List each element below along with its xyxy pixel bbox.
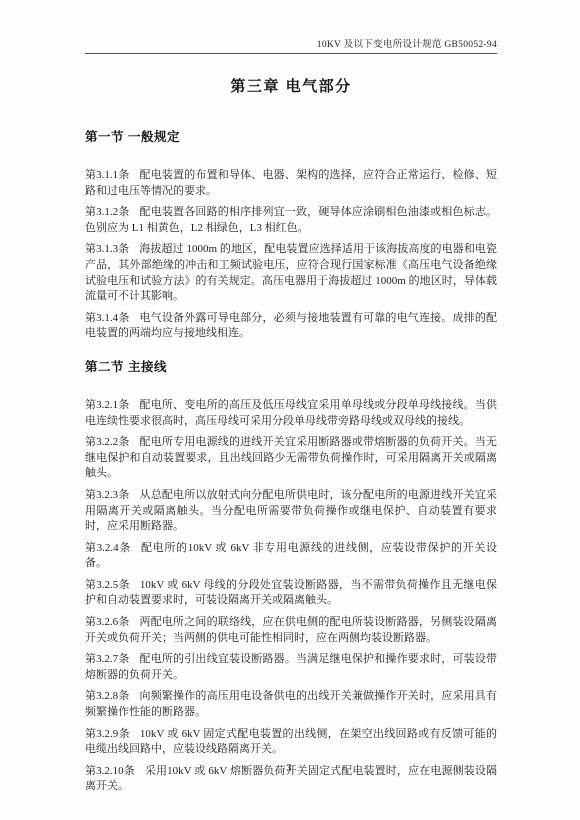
section-heading: 第一节 一般规定 <box>85 127 497 145</box>
article-label: 第3.2.6条 <box>85 616 140 628</box>
page-header: 10KV 及以下变电所设计规范 GB50052-94 <box>85 36 497 54</box>
article-label: 第3.2.1条 <box>85 399 140 411</box>
article-label: 第3.1.1条 <box>85 169 140 181</box>
article-paragraph: 第3.2.8条向频繁操作的高压用电设备供电的出线开关兼做操作开关时，应采用具有频… <box>85 689 497 720</box>
article-label: 第3.1.2条 <box>85 206 140 218</box>
article-paragraph: 第3.1.3条海拔超过 1000m 的地区，配电装置应选择适用于该海拔高度的电器… <box>85 242 497 304</box>
running-head: 10KV 及以下变电所设计规范 GB50052-94 <box>85 36 497 53</box>
article-paragraph: 第3.2.4条配电所的10kV 或 6kV 非专用电源线的进线侧，应装设带保护的… <box>85 541 497 572</box>
section: 第二节 主接线 第3.2.1条配电所、变电所的高压及低压母线宜采用单母线或分段单… <box>85 357 497 795</box>
article-text: 两配电所之间的联络线，应在供电侧的配电所装设断路器，另侧装设隔离开关或负荷开关；… <box>85 616 497 644</box>
article-label: 第3.2.9条 <box>85 728 140 740</box>
article-text: 从总配电所以放射式向分配电所供电时，该分配电所的电源进线开关宜采用隔离开关或隔离… <box>85 489 497 532</box>
article-label: 第3.2.5条 <box>85 579 140 591</box>
sections-container: 第一节 一般规定 第3.1.1条配电装置的布置和导体、电器、架构的选择，应符合正… <box>85 127 497 795</box>
article-text: 向频繁操作的高压用电设备供电的出线开关兼做操作开关时，应采用具有频繁操作性能的断… <box>85 690 497 718</box>
article-paragraph: 第3.2.7条配电所的引出线宜装设断路器。当满足继电保护和操作要求时，可装设带熔… <box>85 652 497 683</box>
article-paragraph: 第3.1.2条配电装置各回路的相序排列宜一致，硬导体应涂刷相色油漆或相色标志。色… <box>85 205 497 236</box>
section-heading: 第二节 主接线 <box>85 357 497 375</box>
article-paragraph: 第3.2.2条配电所专用电源线的进线开关宜采用断路器或带熔断器的负荷开关。当无继… <box>85 435 497 482</box>
article-text: 配电所专用电源线的进线开关宜采用断路器或带熔断器的负荷开关。当无继电保护和自动装… <box>85 436 497 479</box>
article-label: 第3.2.7条 <box>85 653 140 665</box>
article-text: 10kV 或 6kV 固定式配电装置的出线侧，在架空出线回路或有反馈可能的电缆出… <box>85 728 497 756</box>
section: 第一节 一般规定 第3.1.1条配电装置的布置和导体、电器、架构的选择，应符合正… <box>85 127 497 342</box>
article-text: 海拔超过 1000m 的地区，配电装置应选择适用于该海拔高度的电器和电瓷产品，其… <box>85 243 497 302</box>
article-text: 配电所、变电所的高压及低压母线宜采用单母线或分段单母线接线。当供电连续性要求很高… <box>85 399 497 427</box>
page-number: 3 <box>0 763 578 774</box>
article-paragraph: 第3.2.6条两配电所之间的联络线，应在供电侧的配电所装设断路器，另侧装设隔离开… <box>85 615 497 646</box>
article-label: 第3.1.4条 <box>85 312 140 324</box>
article-text: 配电所的引出线宜装设断路器。当满足继电保护和操作要求时，可装设带熔断器的负荷开关… <box>85 653 497 681</box>
article-paragraph: 第3.1.4条电气设备外露可导电部分，必须与接地装置有可靠的电气连接。成排的配电… <box>85 311 497 342</box>
header-rule <box>85 53 497 54</box>
article-paragraph: 第3.2.9条10kV 或 6kV 固定式配电装置的出线侧，在架空出线回路或有反… <box>85 727 497 758</box>
article-paragraph: 第3.1.1条配电装置的布置和导体、电器、架构的选择，应符合正常运行、检修、短路… <box>85 168 497 199</box>
article-text: 10kV 或 6kV 母线的分段处宜装设断路器，当不需带负荷操作且无继电保护和自… <box>85 579 497 607</box>
article-paragraph: 第3.2.5条10kV 或 6kV 母线的分段处宜装设断路器，当不需带负荷操作且… <box>85 578 497 609</box>
chapter-title: 第三章 电气部分 <box>85 75 497 96</box>
article-paragraph: 第3.2.1条配电所、变电所的高压及低压母线宜采用单母线或分段单母线接线。当供电… <box>85 398 497 429</box>
article-paragraph: 第3.2.3条从总配电所以放射式向分配电所供电时，该分配电所的电源进线开关宜采用… <box>85 488 497 535</box>
articles: 第3.1.1条配电装置的布置和导体、电器、架构的选择，应符合正常运行、检修、短路… <box>85 168 497 342</box>
article-text: 配电装置各回路的相序排列宜一致，硬导体应涂刷相色油漆或相色标志。色别应为 L1 … <box>85 206 497 234</box>
article-text: 配电装置的布置和导体、电器、架构的选择，应符合正常运行、检修、短路和过电压等情况… <box>85 169 497 197</box>
article-text: 配电所的10kV 或 6kV 非专用电源线的进线侧，应装设带保护的开关设备。 <box>85 542 497 570</box>
articles: 第3.2.1条配电所、变电所的高压及低压母线宜采用单母线或分段单母线接线。当供电… <box>85 398 497 795</box>
article-text: 电气设备外露可导电部分，必须与接地装置有可靠的电气连接。成排的配电装置的两端均应… <box>85 312 497 340</box>
article-label: 第3.2.3条 <box>85 489 140 501</box>
article-label: 第3.1.3条 <box>85 243 139 255</box>
article-label: 第3.2.8条 <box>85 690 140 702</box>
article-label: 第3.2.2条 <box>85 436 140 448</box>
document-page: 10KV 及以下变电所设计规范 GB50052-94 第三章 电气部分 第一节 … <box>0 0 580 820</box>
article-label: 第3.2.4条 <box>85 542 141 554</box>
